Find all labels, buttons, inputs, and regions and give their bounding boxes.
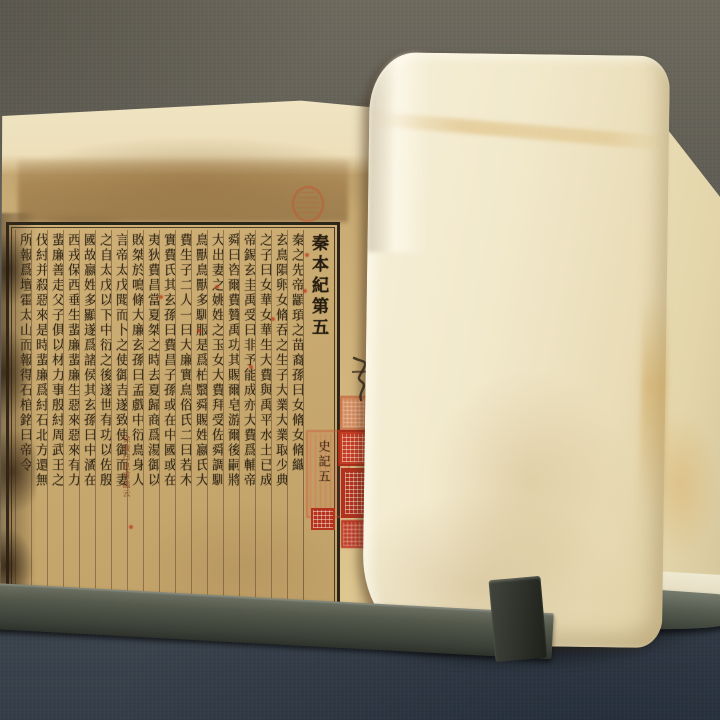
text-column: 之子曰女華女華生大費與禹平水土已成 — [255, 230, 271, 650]
reading-mark-dot — [303, 289, 307, 293]
interlinear-annotation: 徐廣曰皇甫謐云 — [121, 435, 132, 498]
photo-antique-book-scene: 秦本紀第五 秦之先帝顓頊之苗裔孫曰女脩女脩織 玄鳥隕卵女脩吞之生子大業大業取少典… — [0, 0, 720, 720]
seal-pattern — [313, 510, 333, 528]
reading-mark-dot — [271, 317, 275, 321]
yellow-stain-edge — [640, 296, 669, 516]
reading-mark-dot — [197, 329, 201, 333]
reading-mark-dot — [129, 525, 133, 529]
text-column: 大出妻之姚姓之玉女大費拜受佐舜調馴 — [207, 230, 223, 650]
right-page-turning-leaf — [362, 52, 670, 648]
text-column: 玄鳥隕卵女脩吞之生子大業大業取少典 — [271, 230, 287, 650]
collector-seal-round-icon — [292, 186, 324, 222]
reading-mark-dot — [159, 295, 163, 299]
page-curl-highlight — [367, 52, 430, 253]
text-column: 秦之先帝顓頊之苗裔孫曰女脩女脩織 — [287, 230, 303, 650]
collector-seal-small-icon — [311, 508, 335, 530]
text-column: 之自太戊以下中衍之後遂世有功以佐殷 — [95, 230, 111, 650]
text-column: 費生子二人一曰大廉實鳥俗氏二曰若木 — [175, 230, 191, 650]
text-column: 鳥獸鳥獸多馴服是爲柏翳舜賜姓嬴氏大 — [191, 230, 207, 650]
seal-pattern — [296, 190, 320, 218]
reading-mark-dot — [215, 285, 219, 289]
cover-corner-flap — [489, 576, 548, 662]
text-column: 帝錫玄圭禹受曰非予能成亦大費爲輔帝 — [239, 230, 255, 650]
reading-mark-dot — [305, 253, 309, 257]
text-column: 實費氏其玄孫曰費昌子孫或在中國或在 — [159, 230, 175, 650]
text-column: 夷狄費昌當夏桀之時去夏歸商爲湯御以 — [143, 230, 159, 650]
text-column: 舜曰咨爾費贊禹功其賜爾皂游爾後嗣將 — [223, 230, 239, 650]
reading-mark-dot — [249, 365, 253, 369]
